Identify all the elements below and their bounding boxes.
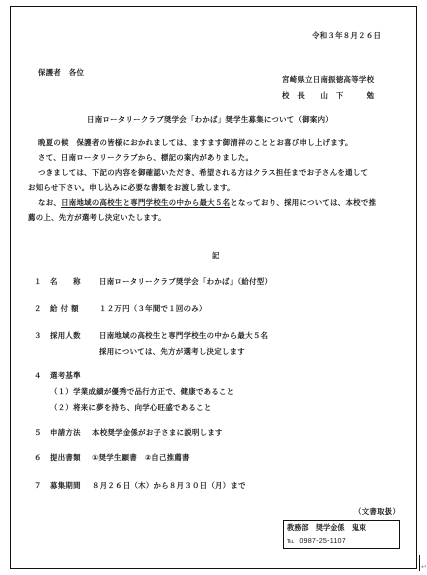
item-4-criterion-2: （２）将来に夢を持ち、向学心旺盛であること: [50, 403, 212, 413]
sender-principal: 校 長 山 下 勉: [282, 91, 374, 101]
item-4-number: ４: [34, 371, 42, 381]
item-2-number: ２: [34, 304, 42, 314]
phone-icon: ℡: [287, 536, 295, 545]
item-1-number: １: [34, 277, 42, 287]
paragraph-mark-icon: ↵: [421, 563, 427, 571]
body-line-5-suffix: となっており、採用については、本校で推: [230, 198, 376, 207]
contact-heading: （文書取扱）: [354, 507, 400, 517]
item-1-label: 名 称: [50, 277, 81, 287]
item-7-number: ７: [34, 481, 42, 491]
item-2-value: １２万円（３年間で１回のみ）: [99, 304, 207, 314]
item-3-value: 日南地域の高校生と専門学校生の中から最大５名: [99, 331, 268, 341]
item-7-value: ８月２６日（木）から８月３０日（月）まで: [92, 481, 246, 491]
item-5-number: ５: [34, 428, 42, 438]
contact-box: 教務部 奨学金係 鬼束 ℡ 0987-25-1107: [283, 520, 400, 549]
body-line-5-emphasis: 日南地域の高校生と専門学校生の中から最大５名: [61, 198, 230, 207]
item-1-value: 日南ロータリークラブ奨学会「わかば」（給付型）: [99, 277, 272, 287]
text-cursor: [419, 555, 420, 571]
item-2-label: 給 付 額: [50, 304, 79, 314]
item-6-label: 提出書類: [50, 453, 81, 463]
ki-heading: 記: [212, 251, 220, 261]
item-4-criterion-1: （１）学業成績が優秀で品行方正で、健康であること: [50, 387, 234, 397]
contact-phone: ℡ 0987-25-1107: [287, 536, 346, 546]
document-title: 日南ロータリークラブ奨学会「わかば」奨学生募集について（御案内）: [87, 115, 333, 125]
body-line-6: 薦の上、先方が選考し決定いたします。: [28, 213, 166, 223]
item-3-number: ３: [34, 331, 42, 341]
item-6-value: ①奨学生願書 ②自己推薦書: [92, 453, 190, 463]
item-5-value: 本校奨学金係がお子さまに説明します: [92, 428, 223, 438]
body-line-2: さて、日南ロータリークラブから、標記の案内がありました。: [38, 153, 253, 163]
document-date: 令和３年８月２６日: [312, 31, 381, 41]
sender-school: 宮崎県立日南振徳高等学校: [282, 75, 374, 85]
item-5-label: 申請方法: [50, 428, 81, 438]
body-line-4: お知らせ下さい。申し込みに必要な書類をお渡し致します。: [28, 183, 235, 193]
recipient: 保護者 各位: [38, 68, 84, 78]
body-line-5-prefix: なお、: [38, 198, 61, 207]
item-6-number: ６: [34, 453, 42, 463]
item-3-label: 採用人数: [50, 331, 81, 341]
body-line-1: 晩夏の候 保護者の皆様におかれましては、ますます御清祥のこととお喜び申し上げます…: [38, 138, 353, 148]
item-7-label: 募集期間: [50, 481, 81, 491]
item-4-label: 選考基準: [50, 371, 81, 381]
item-3-value-line-2: 採用については、先方が選考し決定します: [99, 347, 245, 357]
body-line-3: つきましては、下記の内容を御確認いただき、希望される方はクラス担任までお子さんを…: [38, 168, 368, 178]
body-line-5: なお、日南地域の高校生と専門学校生の中から最大５名となっており、採用については、…: [38, 198, 376, 208]
contact-phone-number: 0987-25-1107: [299, 536, 346, 545]
contact-person: 教務部 奨学金係 鬼束: [287, 523, 366, 533]
